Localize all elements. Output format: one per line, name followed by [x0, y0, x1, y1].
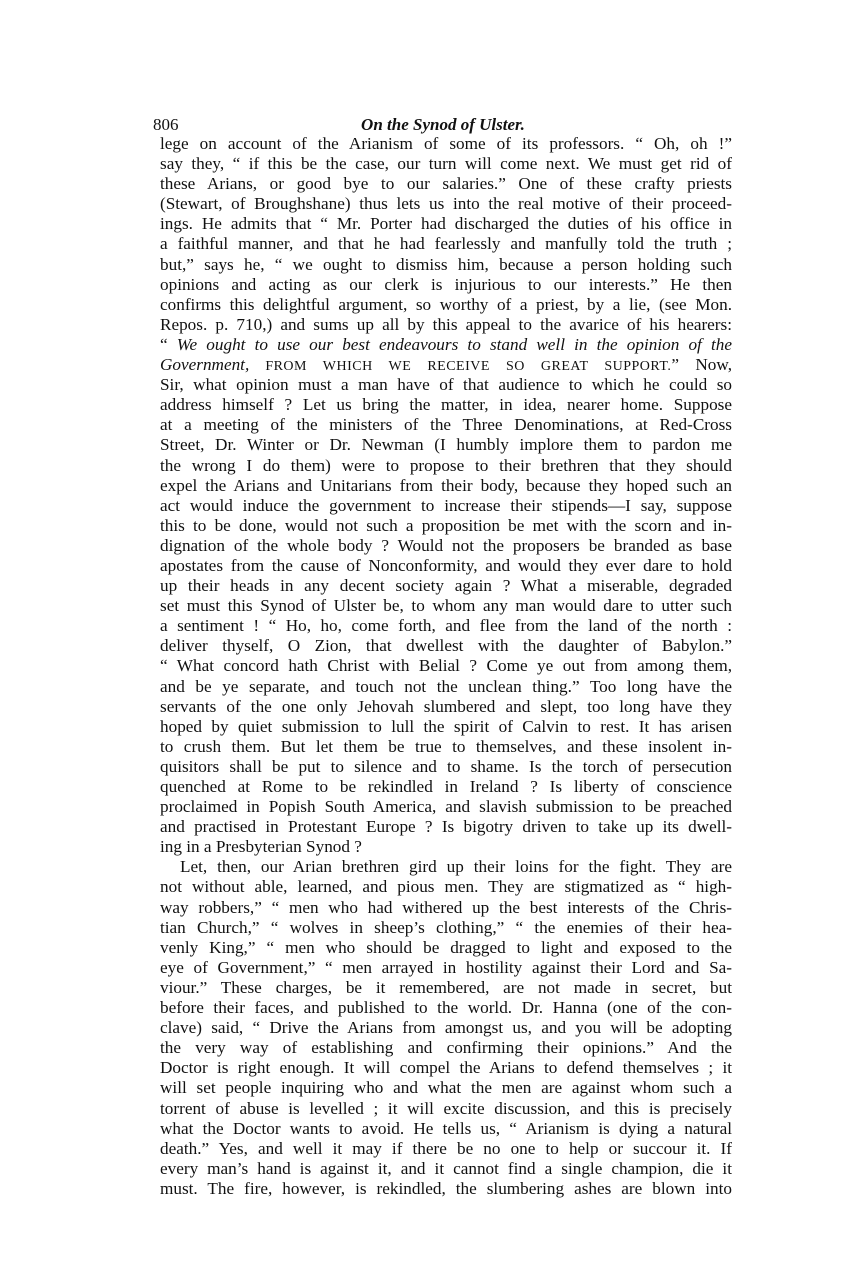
text-line: Repos. p. 710,) and sums up all by this … [160, 315, 732, 335]
text-line: this to be done, would not such a propos… [160, 516, 732, 536]
text-line: eye of Government,” “ men arrayed in hos… [160, 958, 732, 978]
text-line: “ What concord hath Christ with Belial ?… [160, 656, 732, 676]
text-line: Doctor is right enough. It will compel t… [160, 1058, 732, 1078]
text-line: dignation of the whole body ? Would not … [160, 536, 732, 556]
text-line: these Arians, or good bye to our salarie… [160, 174, 732, 194]
text-line: quenched at Rome to be rekindled in Irel… [160, 777, 732, 797]
italic-quote: We ought to use our best endeavours to s… [177, 335, 732, 354]
text-line: apostates from the cause of Nonconformit… [160, 556, 732, 576]
text-line: up their heads in any decent society aga… [160, 576, 732, 596]
text-line: the very way of establishing and confirm… [160, 1038, 732, 1058]
scanned-book-page: 806 On the Synod of Ulster. lege on acco… [0, 0, 843, 1265]
text-line: confirms this delightful argument, so wo… [160, 295, 732, 315]
text-line: hoped by quiet submission to lull the sp… [160, 717, 732, 737]
text-line: to crush them. But let them be true to t… [160, 737, 732, 757]
paragraph-end-line: ing in a Presbyterian Synod ? [160, 837, 732, 857]
text-line: the wrong I do them) were to propose to … [160, 456, 732, 476]
text-line: deliver thyself, O Zion, that dwellest w… [160, 636, 732, 656]
text-line: before their faces, and published to the… [160, 998, 732, 1018]
text-line: every man’s hand is against it, and it c… [160, 1159, 732, 1179]
text-line: and be ye separate, and touch not the un… [160, 677, 732, 697]
text-line: but,” says he, “ we ought to dismiss him… [160, 255, 732, 275]
small-caps-phrase: FROM WHICH WE RECEIVE SO GREAT SUPPORT. [249, 359, 671, 374]
text-line: what the Doctor wants to avoid. He tells… [160, 1119, 732, 1139]
line-rest: ” Now, [671, 355, 732, 374]
italic-word: Government, [160, 355, 249, 374]
text-line: will set people inquiring who and what t… [160, 1078, 732, 1098]
text-line: ings. He admits that “ Mr. Porter had di… [160, 214, 732, 234]
text-line: Sir, what opinion must a man have of tha… [160, 375, 732, 395]
text-line: a faithful manner, and that he had fearl… [160, 234, 732, 254]
text-line: lege on account of the Arianism of some … [160, 134, 732, 154]
text-line: expel the Arians and Unitarians from the… [160, 476, 732, 496]
text-line: Street, Dr. Winter or Dr. Newman (I humb… [160, 435, 732, 455]
text-line: proclaimed in Popish South America, and … [160, 797, 732, 817]
body-text: lege on account of the Arianism of some … [160, 134, 732, 1199]
text-line: act would induce the government to incre… [160, 496, 732, 516]
text-line: servants of the one only Jehovah slumber… [160, 697, 732, 717]
text-line: and practised in Protestant Europe ? Is … [160, 817, 732, 837]
quote-open: “ [160, 335, 177, 354]
text-line: say they, “ if this be the case, our tur… [160, 154, 732, 174]
italic-quote-line: “ We ought to use our best endeavours to… [160, 335, 732, 355]
text-line: way robbers,” “ men who had withered up … [160, 898, 732, 918]
text-line: tian Church,” “ wolves in sheep’s clothi… [160, 918, 732, 938]
text-line: venly King,” “ men who should be dragged… [160, 938, 732, 958]
text-line: viour.” These charges, be it remembered,… [160, 978, 732, 998]
paragraph-start-line: Let, then, our Arian brethren gird up th… [160, 857, 732, 877]
emphasis-line: Government, FROM WHICH WE RECEIVE SO GRE… [160, 355, 732, 375]
text-line: (Stewart, of Broughshane) thus lets us i… [160, 194, 732, 214]
text-line: torrent of abuse is levelled ; it will e… [160, 1099, 732, 1119]
text-line: quisitors shall be put to silence and to… [160, 757, 732, 777]
text-line: set must this Synod of Ulster be, to who… [160, 596, 732, 616]
text-line: at a meeting of the ministers of the Thr… [160, 415, 732, 435]
text-line: must. The fire, however, is rekindled, t… [160, 1179, 732, 1199]
text-line: not without able, learned, and pious men… [160, 877, 732, 897]
text-line: opinions and acting as our clerk is inju… [160, 275, 732, 295]
text-line: death.” Yes, and well it may if there be… [160, 1139, 732, 1159]
text-line: clave) said, “ Drive the Arians from amo… [160, 1018, 732, 1038]
text-line: address himself ? Let us bring the matte… [160, 395, 732, 415]
text-line: a sentiment ! “ Ho, ho, come forth, and … [160, 616, 732, 636]
